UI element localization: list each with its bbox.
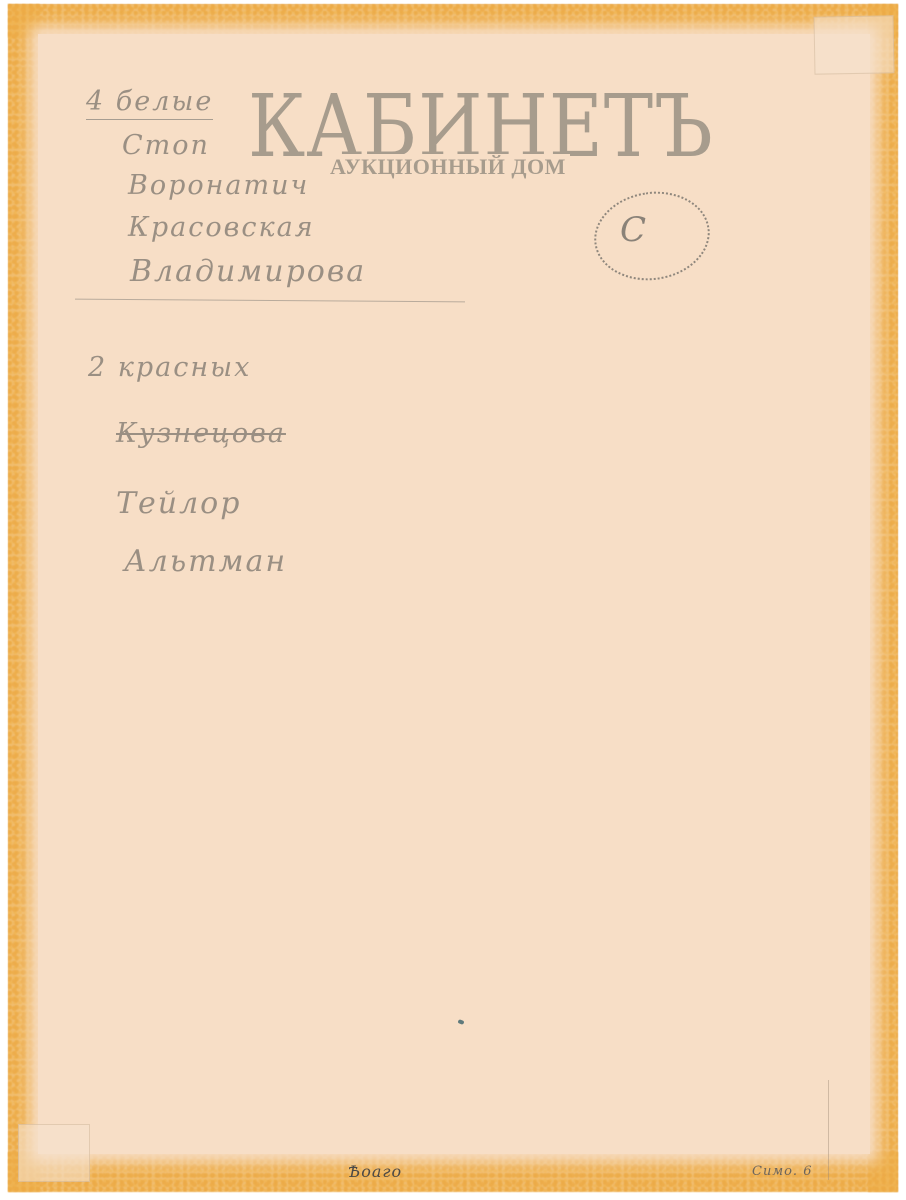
stain-right-edge — [868, 4, 898, 1192]
tape-remnant-top-right — [814, 15, 895, 74]
group2-name-1-struck: Кузнецова — [116, 418, 286, 449]
group1-header: 4 белые — [86, 86, 213, 120]
paper-center — [38, 34, 870, 1154]
faint-crease — [828, 1080, 829, 1180]
watermark-subtitle: АУКЦИОННЫЙ ДОМ — [326, 154, 570, 180]
group1-name-4: Владимирова — [130, 254, 366, 289]
group2-name-2: Тейлор — [116, 486, 241, 521]
paper-photo: КАБИНЕТЪ АУКЦИОННЫЙ ДОМ 4 белые Стоп Вор… — [0, 0, 906, 1200]
bottom-right-inscription: Симо. 6 — [752, 1164, 812, 1179]
bottom-center-inscription: Ѣоаго — [348, 1162, 402, 1181]
stain-top-edge — [8, 4, 898, 38]
watermark: КАБИНЕТЪ АУКЦИОННЫЙ ДОМ — [248, 92, 658, 187]
stain-left-edge — [8, 4, 40, 1192]
group2-header: 2 красных — [88, 352, 251, 383]
group1-name-3: Красовская — [128, 212, 315, 243]
tape-remnant-bottom-left — [18, 1124, 90, 1182]
group2-name-3: Альтман — [124, 544, 287, 579]
group1-name-1: Стоп — [122, 130, 210, 161]
group1-name-2: Воронатич — [128, 170, 309, 201]
circled-letter: С — [620, 210, 646, 250]
